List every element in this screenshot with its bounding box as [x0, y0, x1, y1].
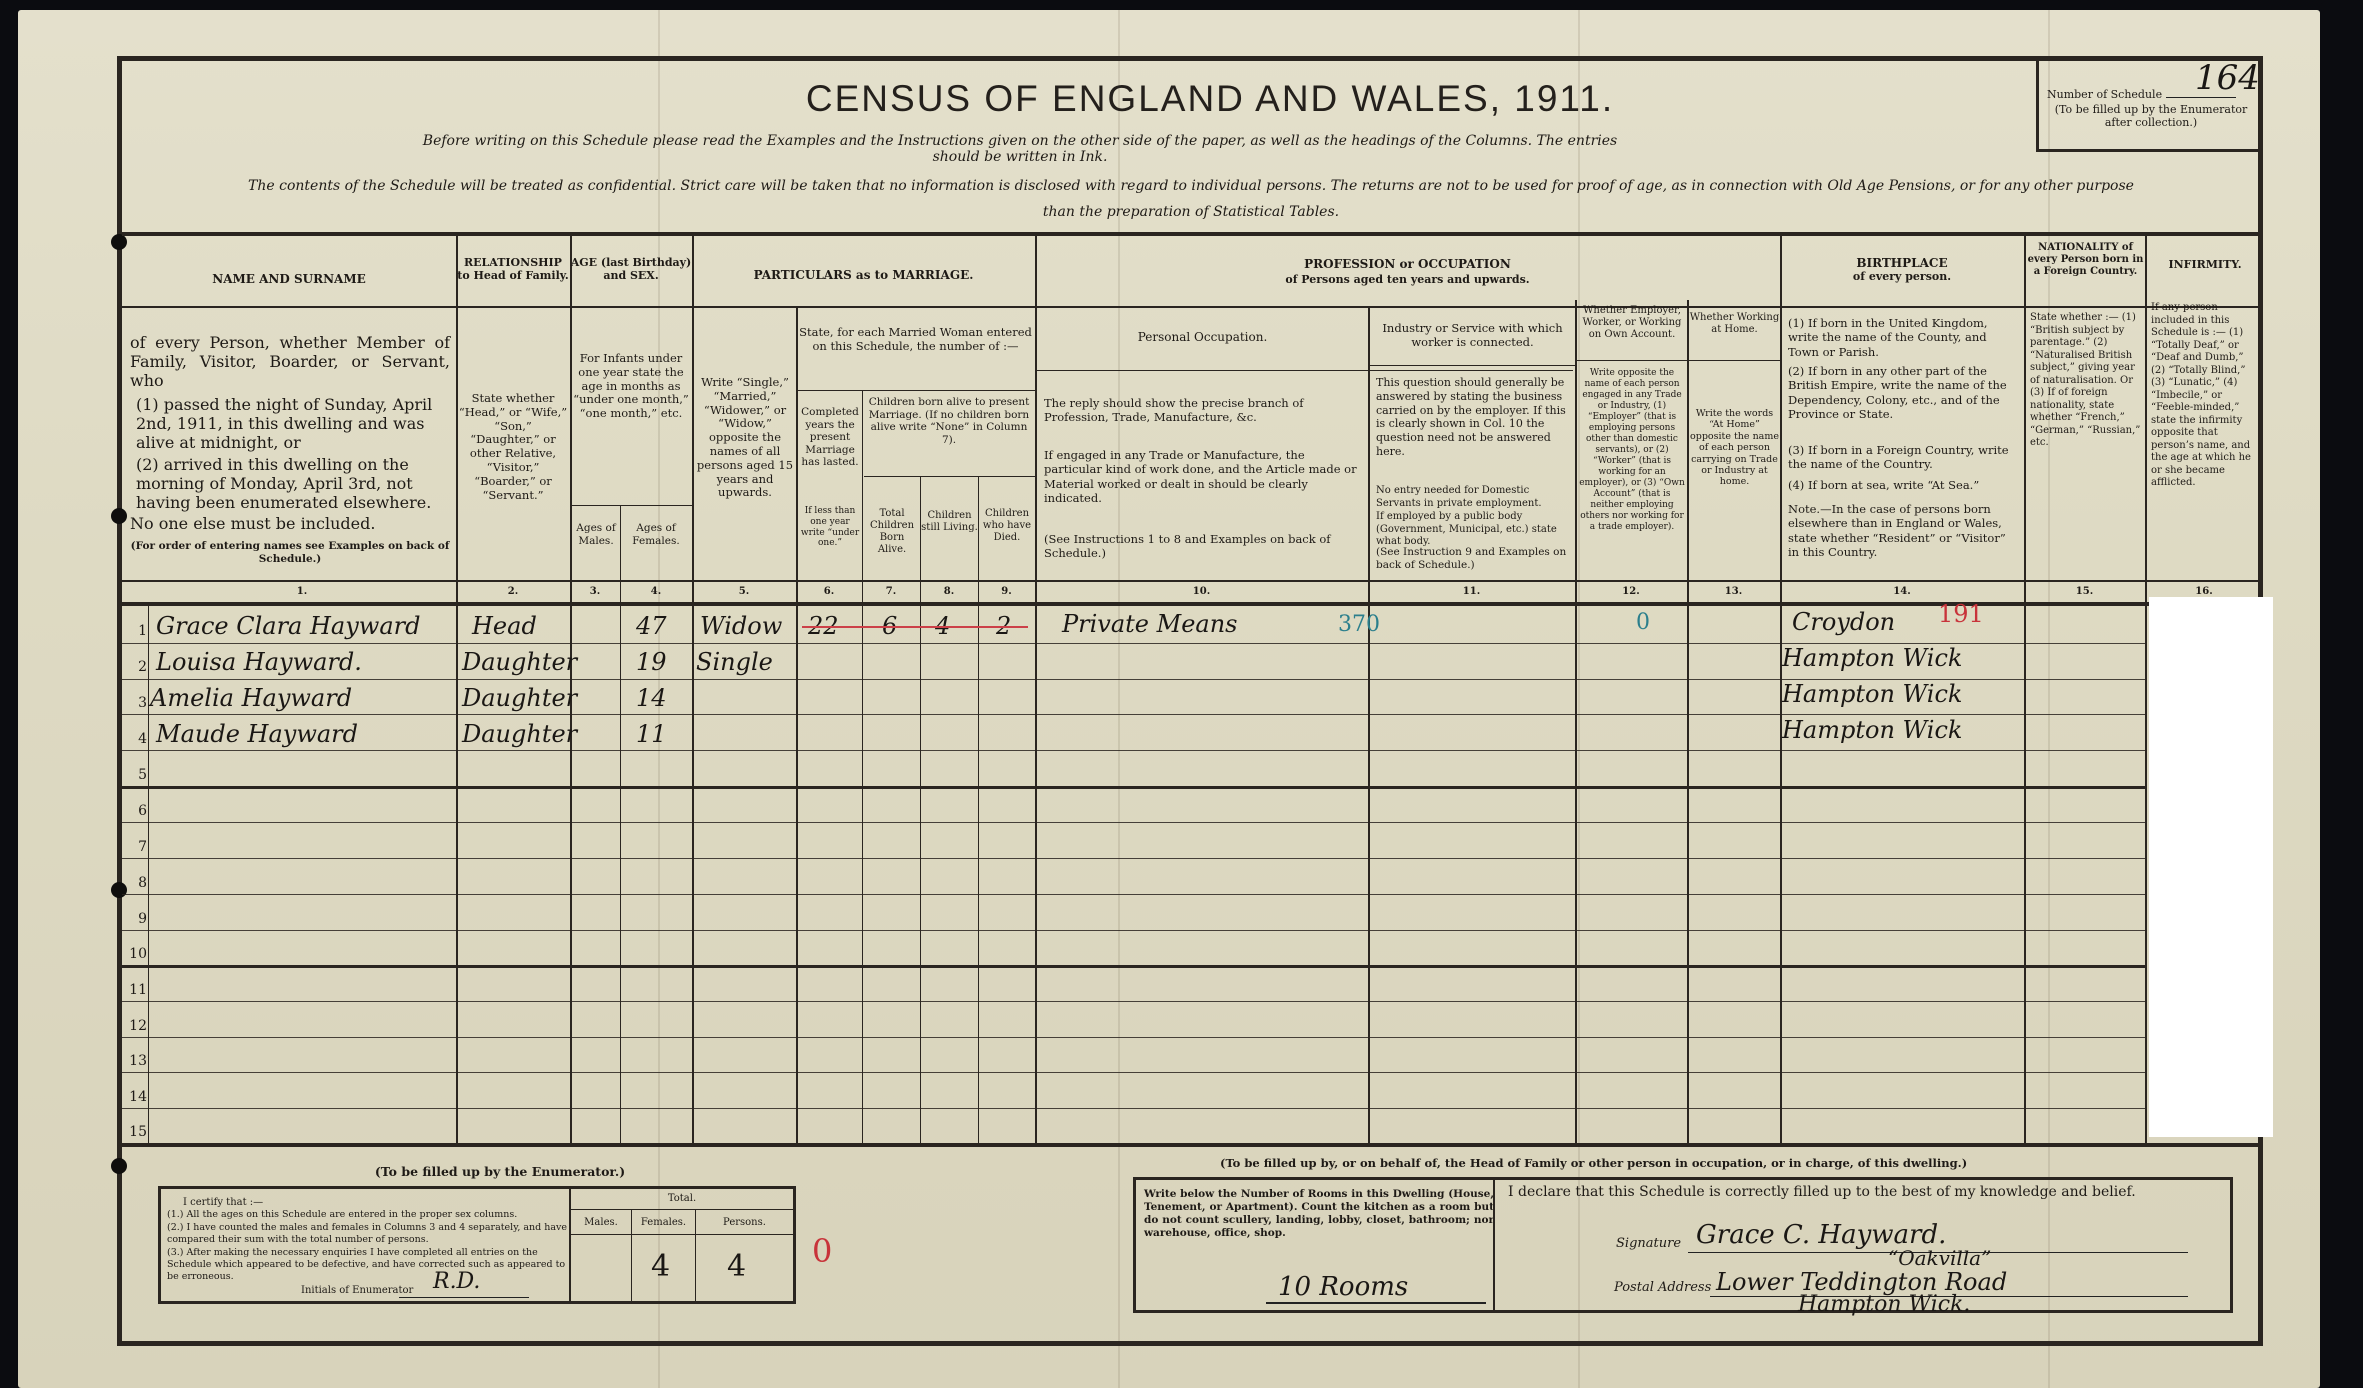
header-col11-p3: If employed by a public body (Government…	[1376, 511, 1570, 549]
birthplace-code: 191	[1938, 600, 1984, 628]
row-number: 15	[127, 1124, 147, 1140]
total-females[interactable]: 4	[651, 1249, 670, 1284]
col-number: 6.	[796, 586, 862, 597]
header-birthplace: BIRTHPLACE	[1780, 256, 2024, 270]
header-col8: Children still Living.	[921, 510, 978, 534]
certify-label: I certify that :—	[183, 1197, 263, 1210]
person-relationship[interactable]: Daughter	[462, 648, 577, 676]
header-col12: Whether Employer, Worker, or Working on …	[1577, 305, 1687, 341]
red-check-mark: 0	[812, 1232, 832, 1270]
header-birthplace-i4: (4) If born at sea, write “At Sea.”	[1788, 478, 2020, 492]
header-col10: Personal Occupation.	[1037, 330, 1368, 344]
enumerator-certificate-box: I certify that :— (1.) All the ages on t…	[158, 1186, 796, 1304]
occupation-code: 370	[1338, 612, 1380, 637]
row-number: 7	[127, 839, 147, 855]
schedule-number-value[interactable]: 164	[2195, 58, 2260, 98]
header-name: NAME AND SURNAME	[122, 272, 456, 286]
total-label: Total.	[571, 1193, 793, 1205]
address-house-name[interactable]: “Oakvilla”	[1888, 1246, 1991, 1270]
person-age-female[interactable]: 19	[636, 648, 667, 676]
header-age-males: Ages of Males.	[572, 522, 620, 547]
person-marital[interactable]: Widow	[700, 612, 782, 640]
header-infirmity-body: If any person included in this Schedule …	[2151, 302, 2259, 490]
certify-item-3: (3.) After making the necessary enquirie…	[167, 1247, 569, 1283]
declaration-text: I declare that this Schedule is correctl…	[1508, 1184, 2136, 1202]
person-relationship[interactable]: Daughter	[462, 684, 577, 712]
document-title: CENSUS OF ENGLAND AND WALES, 1911.	[660, 78, 1760, 120]
person-name[interactable]: Amelia Hayward	[150, 684, 352, 712]
initials-label: Initials of Enumerator	[301, 1285, 413, 1298]
confidential-line-2: than the preparation of Statistical Tabl…	[146, 204, 2236, 220]
header-occupation: PROFESSION or OCCUPATION	[1035, 257, 1780, 271]
employer-code: 0	[1636, 610, 1650, 635]
header-occupation-subtitle: of Persons aged ten years and upwards.	[1035, 273, 1780, 286]
table-top-rule	[122, 232, 2263, 236]
certify-item-2: (2.) I have counted the males and female…	[167, 1222, 569, 1246]
col-number: 16.	[2145, 586, 2263, 597]
col-number: 5.	[692, 586, 796, 597]
col-number: 3.	[570, 586, 620, 597]
header-married-woman: State, for each Married Woman entered on…	[798, 326, 1033, 354]
person-birthplace[interactable]: Hampton Wick	[1782, 644, 1962, 672]
col-number: 13.	[1687, 586, 1780, 597]
header-age-females: Ages of Females.	[621, 522, 691, 547]
header-col10-p2: If engaged in any Trade or Manufacture, …	[1044, 448, 1362, 506]
person-birthplace[interactable]: Croydon	[1792, 608, 1895, 636]
rooms-count[interactable]: 10 Rooms	[1278, 1272, 1408, 1302]
header-col9: Children who have Died.	[979, 508, 1035, 544]
row-number: 13	[127, 1053, 147, 1069]
header-col13-body: Write the words “At Home” opposite the n…	[1689, 408, 1780, 488]
header-name-item1: (1) passed the night of Sunday, April 2n…	[136, 395, 450, 453]
header-birthplace-i2: (2) If born in any other part of the Bri…	[1788, 364, 2020, 422]
males-label: Males.	[571, 1217, 631, 1229]
header-col13: Whether Working at Home.	[1689, 312, 1780, 336]
row-number: 9	[127, 911, 147, 927]
person-name[interactable]: Maude Hayward	[156, 720, 358, 748]
header-relationship: RELATIONSHIP to Head of Family.	[456, 256, 570, 282]
person-marital[interactable]: Single	[696, 648, 773, 676]
row-number: 3	[127, 695, 147, 711]
header-col6-note: If less than one year write “under one.”	[798, 506, 862, 549]
confidential-line: The contents of the Schedule will be tre…	[146, 178, 2236, 194]
header-nationality-body: State whether :— (1) “British subject by…	[2030, 312, 2142, 450]
header-name-body: of every Person, whether Member of Famil…	[130, 333, 450, 391]
header-relationship-body: State whether “Head,” or “Wife,” “Son,” …	[458, 392, 568, 502]
row-number: 6	[127, 803, 147, 819]
header-col10-p3: (See Instructions 1 to 8 and Examples on…	[1044, 532, 1362, 561]
header-age: AGE (last Birthday) and SEX.	[570, 256, 692, 282]
header-col11-p4: (See Instruction 9 and Examples on back …	[1376, 546, 1570, 572]
row-number: 11	[127, 982, 147, 998]
col-number: 1.	[148, 586, 456, 597]
table-bottom-rule	[122, 1143, 2263, 1147]
col-number: 14.	[1780, 586, 2024, 597]
signature-label: Signature	[1616, 1236, 1681, 1252]
header-infirmity: INFIRMITY.	[2147, 258, 2263, 271]
person-birthplace[interactable]: Hampton Wick	[1782, 716, 1962, 744]
header-col5: Write “Single,” “Married,” “Widower,” or…	[696, 376, 794, 500]
header-col12-body: Write opposite the name of each person e…	[1577, 368, 1687, 533]
person-relationship[interactable]: Daughter	[462, 720, 577, 748]
header-birthplace-note: Note.—In the case of persons born elsewh…	[1788, 502, 2020, 560]
row-number: 4	[127, 731, 147, 747]
certify-item-1: (1.) All the ages on this Schedule are e…	[167, 1209, 569, 1221]
header-children: Children born alive to present Marriage.…	[864, 396, 1034, 446]
females-label: Females.	[632, 1217, 695, 1229]
person-age-female[interactable]: 11	[636, 720, 667, 748]
total-persons[interactable]: 4	[727, 1249, 746, 1284]
col-number: 15.	[2024, 586, 2145, 597]
red-strike-line	[802, 626, 1028, 628]
header-birthplace-subtitle: of every person.	[1780, 270, 2024, 283]
rooms-instruction: Write below the Number of Rooms in this …	[1144, 1188, 1494, 1241]
col-number: 10.	[1035, 586, 1368, 597]
col-number: 8.	[920, 586, 978, 597]
head-of-family-heading: (To be filled up by, or on behalf of, th…	[1220, 1156, 2240, 1170]
enumerator-heading: (To be filled up by the Enumerator.)	[300, 1164, 700, 1179]
person-occupation[interactable]: Private Means	[1062, 610, 1238, 638]
header-col6: Completed years the present Marriage has…	[798, 406, 862, 469]
person-name[interactable]: Grace Clara Hayward	[156, 612, 420, 640]
punch-hole	[111, 508, 127, 524]
header-col10-p1: The reply should show the precise branch…	[1044, 396, 1362, 425]
punch-hole	[111, 234, 127, 250]
dwelling-box: Write below the Number of Rooms in this …	[1133, 1177, 2233, 1313]
persons-label: Persons.	[696, 1217, 793, 1229]
row-number: 8	[127, 875, 147, 891]
person-name[interactable]: Louisa Hayward.	[156, 648, 362, 676]
col-number: 4.	[620, 586, 692, 597]
schedule-number-label: Number of Schedule	[2047, 88, 2162, 101]
header-age-body: For Infants under one year state the age…	[572, 352, 690, 421]
col-number: 2.	[456, 586, 570, 597]
address-town[interactable]: Hampton Wick.	[1798, 1292, 1970, 1317]
person-birthplace[interactable]: Hampton Wick	[1782, 680, 1962, 708]
header-col11-p2: No entry needed for Domestic Servants in…	[1376, 485, 1570, 510]
row-number: 12	[127, 1018, 147, 1034]
header-col11: Industry or Service with which worker is…	[1370, 322, 1575, 350]
row-number: 1	[127, 623, 147, 639]
schedule-number-note: (To be filled up by the Enumerator after…	[2047, 103, 2255, 129]
row-number: 2	[127, 659, 147, 675]
postal-address-label: Postal Address	[1614, 1280, 1711, 1296]
header-marriage: PARTICULARS as to MARRIAGE.	[692, 268, 1035, 282]
header-birthplace-i3: (3) If born in a Foreign Country, write …	[1788, 443, 2020, 472]
header-col7: Total Children Born Alive.	[864, 508, 920, 556]
enumerator-initials[interactable]: R.D.	[433, 1269, 480, 1294]
header-name-order: (For order of entering names see Example…	[130, 540, 450, 566]
col-number: 7.	[862, 586, 920, 597]
header-col11-p1: This question should generally be answer…	[1376, 376, 1570, 459]
person-age-female[interactable]: 14	[636, 684, 667, 712]
row-number: 5	[127, 767, 147, 783]
punch-hole	[111, 882, 127, 898]
person-relationship[interactable]: Head	[472, 612, 537, 640]
col-number: 11.	[1368, 586, 1575, 597]
punch-hole	[111, 1158, 127, 1174]
header-name-item2: (2) arrived in this dwelling on the morn…	[136, 455, 450, 513]
instruction-line: Before writing on this Schedule please r…	[410, 133, 1630, 165]
col-number: 9.	[978, 586, 1035, 597]
header-nationality: NATIONALITY of every Person born in a Fo…	[2026, 242, 2145, 278]
header-name-none-else: No one else must be included.	[130, 514, 450, 533]
schedule-number-box: Number of Schedule 164 (To be filled up …	[2036, 56, 2263, 152]
row-number: 10	[127, 946, 147, 962]
header-birthplace-i1: (1) If born in the United Kingdom, write…	[1788, 316, 2020, 359]
person-age-female[interactable]: 47	[636, 612, 667, 640]
row-number: 14	[127, 1089, 147, 1105]
col-number: 12.	[1575, 586, 1687, 597]
redacted-infirmity-column	[2149, 597, 2273, 1137]
